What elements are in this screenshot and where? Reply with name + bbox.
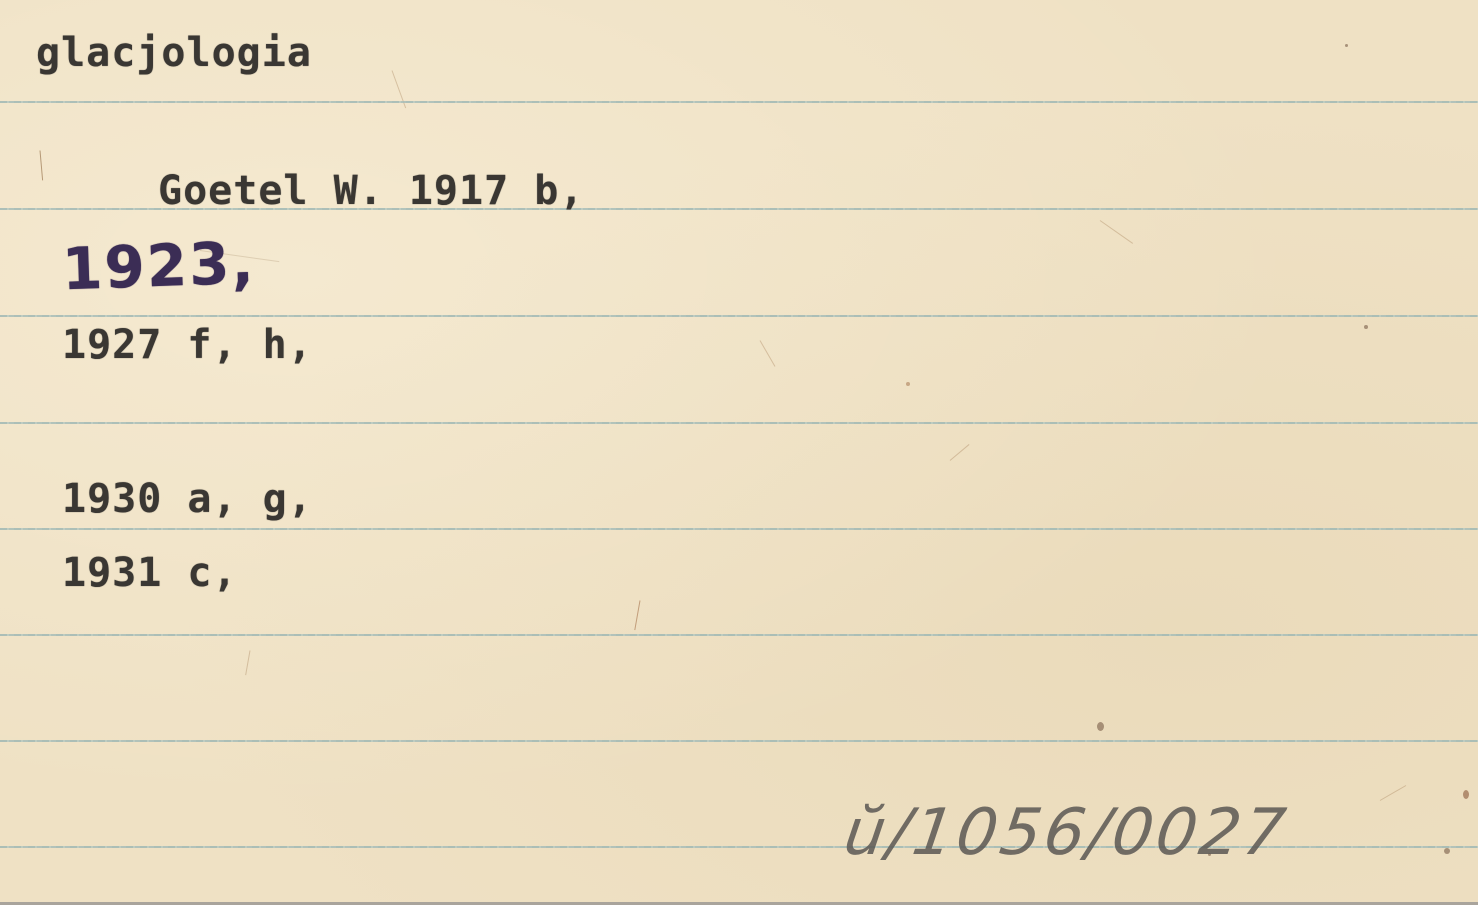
- entry-line: 1931 c,: [62, 550, 238, 596]
- subject-heading: glacjologia: [36, 30, 312, 76]
- paper-fiber: [1380, 785, 1406, 801]
- paper-fiber: [634, 600, 640, 630]
- paper-speck: [906, 382, 910, 386]
- entry-line: 1930 a, g,: [62, 476, 313, 522]
- paper-speck: [1463, 790, 1469, 799]
- rule-line: [0, 528, 1478, 530]
- paper-fiber: [40, 150, 44, 180]
- paper-fiber: [245, 650, 250, 675]
- rule-line: [0, 422, 1478, 424]
- paper-speck: [1345, 44, 1348, 47]
- handwritten-entry: 1923,: [61, 229, 257, 304]
- paper-fiber: [1100, 220, 1133, 244]
- paper-fiber: [950, 444, 970, 461]
- paper-speck: [1097, 722, 1104, 731]
- paper-speck: [1364, 325, 1368, 329]
- index-card: glacjologia Goetel W. 1917 b, 1923, 1927…: [0, 0, 1478, 905]
- paper-fiber: [760, 340, 776, 366]
- author-line: Goetel W. 1917 b,: [158, 168, 584, 214]
- rule-line: [0, 101, 1478, 103]
- rule-line: [0, 315, 1478, 317]
- rule-line: [0, 634, 1478, 636]
- catalog-number: ŭ/1056/0027: [840, 796, 1293, 870]
- rule-line: [0, 740, 1478, 742]
- paper-speck: [1444, 848, 1450, 854]
- entry-line: 1927 f, h,: [62, 322, 313, 368]
